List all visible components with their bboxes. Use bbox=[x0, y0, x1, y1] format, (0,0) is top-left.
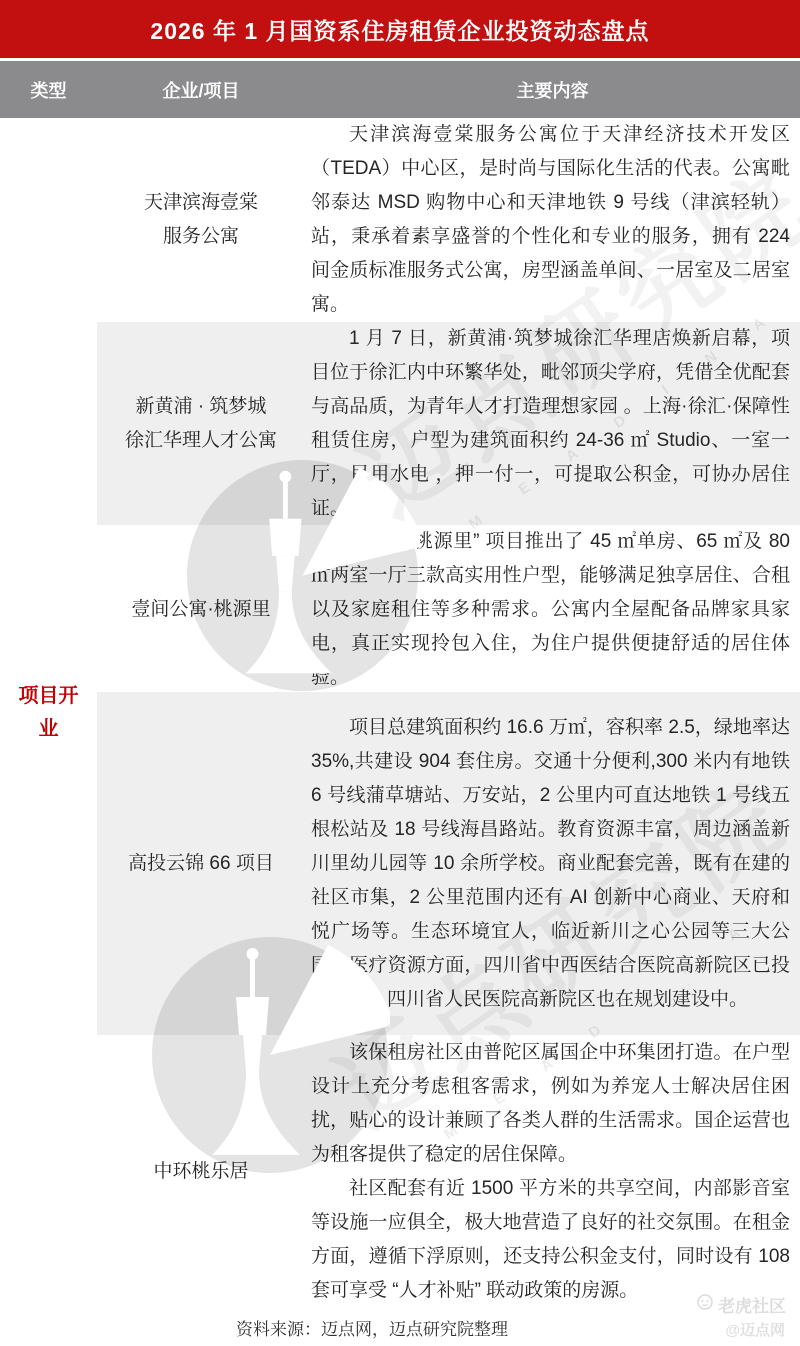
table-row: 新黄浦 · 筑梦城 徐汇华理人才公寓 1 月 7 日，新黄浦·筑梦城徐汇华理店焕… bbox=[97, 322, 800, 525]
company-name: 新黄浦 · 筑梦城 徐汇华理人才公寓 bbox=[97, 322, 305, 525]
company-name: 天津滨海壹棠 服务公寓 bbox=[97, 118, 305, 322]
column-header-content: 主要内容 bbox=[305, 77, 800, 103]
content-paragraph: 社区配套有近 1500 平方米的共享空间，内部影音室等设施一应俱全，极大地营造了… bbox=[311, 1172, 790, 1308]
content-cell: “壹间 · 桃源里” 项目推出了 45 ㎡单房、65 ㎡及 80 ㎡两室一厅三款… bbox=[305, 525, 800, 692]
type-label: 项目开业 bbox=[16, 680, 82, 746]
rows-column: 天津滨海壹棠 服务公寓 天津滨海壹棠服务公寓位于天津经济技术开发区（TEDA）中… bbox=[97, 118, 800, 1308]
community-label: 老虎社区 bbox=[718, 1292, 786, 1317]
infographic-table-page: 2026 年 1 月国资系住房租赁企业投资动态盘点 类型 企业/项目 主要内容 … bbox=[0, 0, 800, 1346]
table-row: 中环桃乐居 该保租房社区由普陀区属国企中环集团打造。在户型设计上充分考虑租客需求… bbox=[97, 1035, 800, 1308]
content-cell: 天津滨海壹棠服务公寓位于天津经济技术开发区（TEDA）中心区，是时尚与国际化生活… bbox=[305, 118, 800, 322]
title-banner: 2026 年 1 月国资系住房租赁企业投资动态盘点 bbox=[0, 0, 800, 58]
column-header-type: 类型 bbox=[0, 77, 97, 103]
table-header-row: 类型 企业/项目 主要内容 bbox=[0, 61, 800, 118]
content-paragraph: 该保租房社区由普陀区属国企中环集团打造。在户型设计上充分考虑租客需求，例如为养宠… bbox=[311, 1036, 790, 1172]
content-paragraph: 天津滨海壹棠服务公寓位于天津经济技术开发区（TEDA）中心区，是时尚与国际化生活… bbox=[311, 118, 790, 322]
company-name: 高投云锦 66 项目 bbox=[97, 692, 305, 1035]
content-cell: 1 月 7 日，新黄浦·筑梦城徐汇华理店焕新启幕，项目位于徐汇内中环繁华处，毗邻… bbox=[305, 322, 800, 525]
content-cell: 该保租房社区由普陀区属国企中环集团打造。在户型设计上充分考虑租客需求，例如为养宠… bbox=[305, 1035, 800, 1308]
content-cell: 项目总建筑面积约 16.6 万㎡，容积率 2.5，绿地率达 35%,共建设 90… bbox=[305, 692, 800, 1035]
table-row: 天津滨海壹棠 服务公寓 天津滨海壹棠服务公寓位于天津经济技术开发区（TEDA）中… bbox=[97, 118, 800, 322]
community-watermark: 老虎社区 bbox=[697, 1292, 786, 1317]
company-name: 中环桃乐居 bbox=[97, 1035, 305, 1308]
source-note: 资料来源：迈点网，迈点研究院整理 bbox=[236, 1315, 508, 1340]
content-paragraph: 1 月 7 日，新黄浦·筑梦城徐汇华理店焕新启幕，项目位于徐汇内中环繁华处，毗邻… bbox=[311, 322, 790, 525]
content-paragraph: 项目总建筑面积约 16.6 万㎡，容积率 2.5，绿地率达 35%,共建设 90… bbox=[311, 711, 790, 1017]
table-row: 高投云锦 66 项目 项目总建筑面积约 16.6 万㎡，容积率 2.5，绿地率达… bbox=[97, 692, 800, 1035]
column-header-company: 企业/项目 bbox=[97, 77, 305, 103]
footer: 资料来源：迈点网，迈点研究院整理 bbox=[0, 1308, 800, 1346]
company-name: 壹间公寓·桃源里 bbox=[97, 525, 305, 692]
tiger-icon bbox=[697, 1294, 713, 1315]
table-row: 壹间公寓·桃源里 “壹间 · 桃源里” 项目推出了 45 ㎡单房、65 ㎡及 8… bbox=[97, 525, 800, 692]
handle-watermark: @迈点网 bbox=[725, 1319, 785, 1340]
type-column: 项目开业 bbox=[0, 118, 97, 1308]
content-paragraph: “壹间 · 桃源里” 项目推出了 45 ㎡单房、65 ㎡及 80 ㎡两室一厅三款… bbox=[311, 525, 790, 692]
table-body: 项目开业 天津滨海壹棠 服务公寓 天津滨海壹棠服务公寓位于天津经济技术开发区（T… bbox=[0, 118, 800, 1308]
page-title: 2026 年 1 月国资系住房租赁企业投资动态盘点 bbox=[150, 13, 649, 46]
